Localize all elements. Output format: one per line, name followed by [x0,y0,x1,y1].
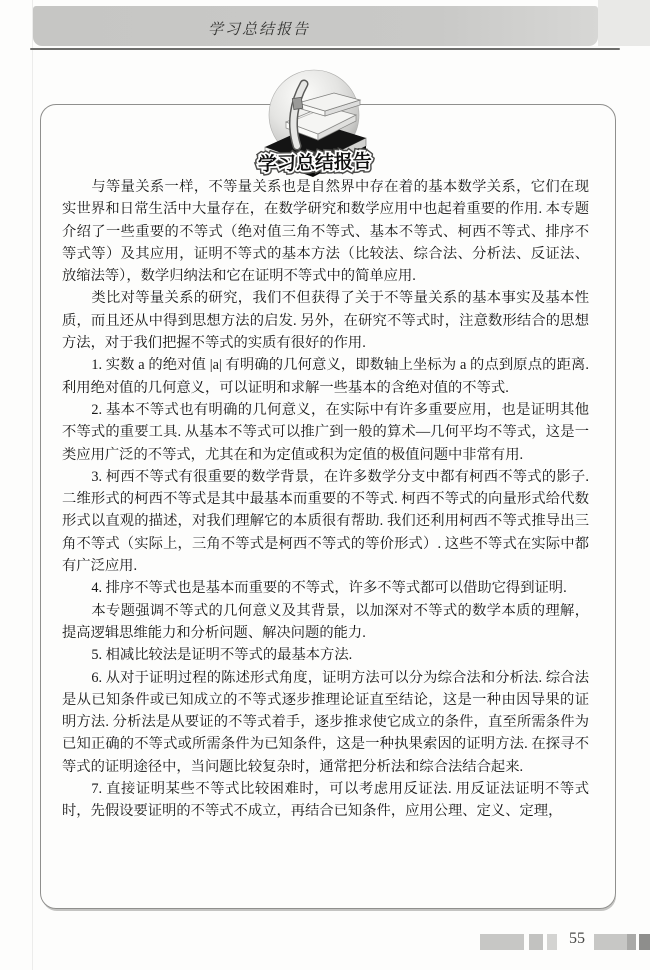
paragraph-item-6: 6. 从对于证明过程的陈述形式角度，证明方法可以分为综合法和分析法. 综合法是从… [62,667,589,778]
running-title: 学习总结报告 [208,18,310,39]
footer-print-mark [594,934,627,950]
paragraph-item-1: 1. 实数 a 的绝对值 |a| 有明确的几何意义，即数轴上坐标为 a 的点到原… [62,354,589,399]
paragraph-item-7: 7. 直接证明某些不等式比较困难时，可以考虑用反证法. 用反证法证明不等式时，先… [62,778,589,823]
footer-print-mark [547,934,557,950]
header-rule [30,48,620,50]
page-number: 55 [562,930,592,948]
footer-print-mark [639,934,650,950]
paragraph-emphasis: 本专题强调不等式的几何意义及其背景，以加深对不等式的数学本质的理解，提高逻辑思维… [62,600,589,645]
page-fold-line [32,0,33,970]
footer-print-mark [480,934,524,950]
chapter-emblem: 学习总结报告 学习总结报告 学习总结报告 [248,66,382,178]
footer-print-mark [627,934,636,950]
paragraph-item-3: 3. 柯西不等式有很重要的数学背景，在许多数学分支中都有柯西不等式的影子. 二维… [62,466,589,577]
header-band-light-segment [598,0,650,46]
paragraph-item-5: 5. 相减比较法是证明不等式的最基本方法. [62,644,589,666]
emblem-title-text: 学习总结报告 [258,150,373,176]
header-band: 学习总结报告 [33,6,598,46]
paragraph-item-2: 2. 基本不等式也有明确的几何意义，在实际中有许多重要应用，也是证明其他不等式的… [62,399,589,466]
body-text: 与等量关系一样，不等量关系也是自然界中存在着的基本数学关系，它们在现实世界和日常… [62,176,589,823]
paragraph-analogy: 类比对等量关系的研究，我们不但获得了关于不等量关系的基本事实及基本性质，而且还从… [62,287,589,354]
books-on-sphere-icon: 学习总结报告 学习总结报告 学习总结报告 [248,66,382,178]
paragraph-intro: 与等量关系一样，不等量关系也是自然界中存在着的基本数学关系，它们在现实世界和日常… [62,176,589,287]
footer-print-mark [529,934,543,950]
paragraph-item-4: 4. 排序不等式也是基本而重要的不等式，许多不等式都可以借助它得到证明. [62,577,589,599]
textbook-page: 学习总结报告 [0,0,650,970]
emblem-title: 学习总结报告 学习总结报告 学习总结报告 [258,150,373,176]
